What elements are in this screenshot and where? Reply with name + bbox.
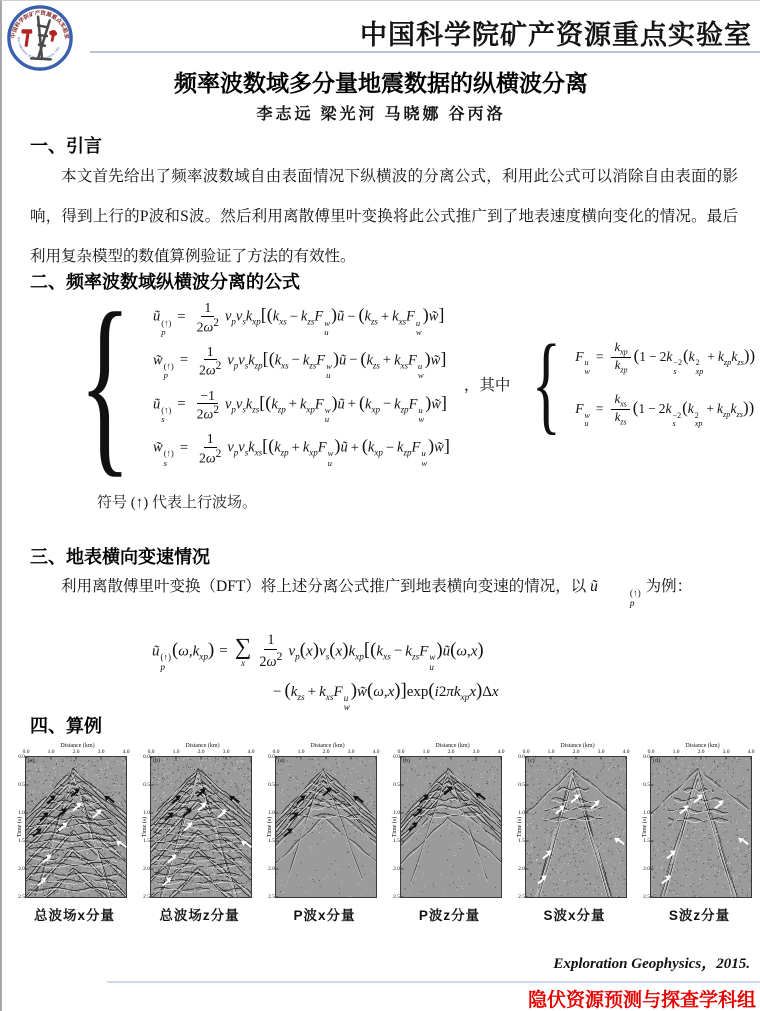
x-tick-label: 3.0	[473, 749, 480, 755]
lab-name: 中国科学院矿产资源重点实验室	[360, 13, 752, 52]
footer-rule	[107, 981, 760, 983]
y-tick-label: 0.5	[518, 782, 525, 788]
seismic-panel: Distance (km) 0.01.02.03.04.0 Time (s) 0…	[383, 743, 504, 924]
equation-up: ũ(↑)p=12ω2vpvskxp[(kxs−kzsFwu)ũ−(kzs+kxs…	[153, 300, 450, 337]
y-tick-label: 1.5	[643, 838, 650, 844]
y-tick-label: 2.0	[268, 866, 275, 872]
x-tick-label: 3.0	[723, 749, 730, 755]
x-tick-label: 3.0	[98, 749, 105, 755]
y-tick-label: 0.0	[518, 754, 525, 760]
x-tick-label: 2.0	[73, 749, 80, 755]
dft-equation-line2: −(kzs+kxsFuw)w̃(ω,x)]exp(i2πkxpx)Δx	[270, 680, 652, 713]
x-tick-label: 3.0	[348, 749, 355, 755]
y-tick-label: 0.0	[643, 754, 650, 760]
y-tick-label: 2.5	[393, 894, 400, 900]
where-left-brace: {	[532, 337, 561, 431]
poster-page: 中国科学院矿产资源重点实验室 Key Laboratory of Mineral…	[0, 0, 760, 1011]
seismic-panel: Distance (km) 0.01.02.03.04.0 Time (s) 0…	[633, 743, 754, 924]
x-tick-label: 3.0	[598, 749, 605, 755]
equation-fwu: Fwu=kxskzs(1−2k−2s(k2xp+kzpkzs))	[575, 392, 755, 428]
y-tick-label: 2.0	[643, 866, 650, 872]
x-tick-label: 2.0	[698, 749, 705, 755]
x-axis-ticks: 0.01.02.03.04.0	[526, 749, 626, 757]
x-tick-label: 4.0	[248, 749, 255, 755]
x-tick-label: 1.0	[548, 749, 555, 755]
x-tick-label: 4.0	[623, 749, 630, 755]
dft-equation-line1: ũ(↑)p(ω,kxp)=∑x12ω2vp(x)vs(x)kxp[(kxs−kz…	[152, 633, 652, 672]
section3-body: 利用离散傅里叶变换（DFT）将上述分离公式推广到地表横向变速的情况，以 ũ(↑)…	[30, 568, 738, 610]
equation-ws: w̃(↑)s=12ω2vpvskxs[(kzp+kxpFwu)ũ+(kxp−kz…	[153, 431, 450, 468]
x-tick-label: 4.0	[123, 749, 130, 755]
y-tick-label: 1.0	[518, 810, 525, 816]
panel-corner-label: (b)	[153, 758, 160, 764]
seismic-panel: Distance (km) 0.01.02.03.04.0 Time (s) 0…	[133, 743, 254, 924]
y-tick-label: 1.0	[643, 810, 650, 816]
x-tick-label: 4.0	[498, 749, 505, 755]
y-tick-label: 0.5	[643, 782, 650, 788]
x-tick-label: 1.0	[298, 749, 305, 755]
left-brace: {	[79, 299, 132, 469]
panel-corner-label: (a)	[278, 758, 285, 764]
uparrow-note: 符号 (↑) 代表上行波场。	[97, 491, 257, 512]
x-tick-label: 1.0	[673, 749, 680, 755]
header-rule	[90, 51, 760, 53]
y-tick-label: 1.0	[268, 810, 275, 816]
lab-logo: 中国科学院矿产资源重点实验室 Key Laboratory of Mineral…	[6, 4, 74, 72]
panel-corner-label: (a)	[28, 758, 35, 764]
y-tick-label: 2.5	[518, 894, 525, 900]
y-tick-label: 1.5	[143, 838, 150, 844]
separation-equations: { ũ(↑)p=12ω2vpvskxp[(kxs−kzsFwu)ũ−(kzs+k…	[57, 299, 754, 469]
panel-corner-label: (d)	[653, 758, 660, 764]
equation-system: { ũ(↑)p=12ω2vpvskxp[(kxs−kzsFwu)ũ−(kzs+k…	[57, 299, 450, 469]
section1-heading: 一、引言	[30, 132, 102, 158]
y-tick-label: 1.5	[268, 838, 275, 844]
x-tick-label: 1.0	[48, 749, 55, 755]
y-tick-label: 0.0	[268, 754, 275, 760]
y-tick-label: 1.0	[18, 810, 25, 816]
y-tick-label: 0.5	[143, 782, 150, 788]
panel-caption: 总波场z分量	[145, 904, 254, 924]
x-tick-label: 2.0	[323, 749, 330, 755]
y-tick-label: 1.5	[393, 838, 400, 844]
y-tick-label: 0.5	[393, 782, 400, 788]
x-tick-label: 2.0	[198, 749, 205, 755]
equation-us: ũ(↑)s=−12ω2vpvskzs[(kzp+kxpFwu)ũ+(kxp−kz…	[153, 388, 450, 425]
x-tick-label: 4.0	[748, 749, 755, 755]
journal-reference: Exploration Geophysics，2015.	[553, 952, 750, 973]
seismic-plot: Time (s) 0.00.51.01.52.02.5 (a)	[26, 757, 126, 897]
x-tick-label: 2.0	[448, 749, 455, 755]
x-axis-ticks: 0.01.02.03.04.0	[401, 749, 501, 757]
section3-heading: 三、地表横向变速情况	[30, 543, 210, 569]
seismic-plot: Time (s) 0.00.51.01.52.02.5 (b)	[401, 757, 501, 897]
dft-equation: ũ(↑)p(ω,kxp)=∑x12ω2vp(x)vs(x)kxp[(kxs−kz…	[152, 633, 652, 713]
x-axis-ticks: 0.01.02.03.04.0	[651, 749, 751, 757]
seismic-plot: Time (s) 0.00.51.01.52.02.5 (b)	[151, 757, 251, 897]
equation-fuw: Fuw=kxpkzp(1−2k−2s(k2xp+kzpkzs))	[575, 340, 755, 376]
y-tick-label: 2.0	[143, 866, 150, 872]
panel-caption: S波z分量	[645, 904, 754, 924]
x-axis-ticks: 0.01.02.03.04.0	[276, 749, 376, 757]
equation-wp: w̃(↑)p=12ω2vpvskzp[(kxs−kzsFwu)ũ−(kzs+kx…	[153, 344, 450, 381]
x-tick-label: 2.0	[573, 749, 580, 755]
panel-caption: P波x分量	[270, 904, 379, 924]
y-tick-label: 2.0	[518, 866, 525, 872]
y-tick-label: 0.0	[393, 754, 400, 760]
poster-title: 频率波数域多分量地震数据的纵横波分离	[2, 65, 760, 98]
section4-heading: 四、算例	[30, 712, 102, 738]
y-tick-label: 0.0	[18, 754, 25, 760]
section1-body: 本文首先给出了频率波数域自由表面情况下纵横波的分离公式，利用此公式可以消除自由表…	[30, 157, 738, 277]
y-tick-label: 2.0	[18, 866, 25, 872]
where-label: ，其中	[464, 373, 511, 395]
seismic-image	[151, 757, 251, 897]
panel-caption: 总波场x分量	[20, 904, 129, 924]
panel-corner-label: (c)	[528, 758, 535, 764]
y-tick-label: 1.0	[143, 810, 150, 816]
panel-corner-label: (b)	[403, 758, 410, 764]
y-tick-label: 2.0	[393, 866, 400, 872]
y-tick-label: 0.5	[18, 782, 25, 788]
panel-caption: S波x分量	[520, 904, 629, 924]
x-axis-ticks: 0.01.02.03.04.0	[151, 749, 251, 757]
seismic-panel: Distance (km) 0.01.02.03.04.0 Time (s) 0…	[508, 743, 629, 924]
section2-heading: 二、频率波数域纵横波分离的公式	[30, 268, 300, 294]
y-tick-label: 0.5	[268, 782, 275, 788]
seismic-plot: Time (s) 0.00.51.01.52.02.5 (a)	[276, 757, 376, 897]
x-tick-label: 1.0	[423, 749, 430, 755]
y-tick-label: 1.0	[393, 810, 400, 816]
y-tick-label: 2.5	[643, 894, 650, 900]
authors-line: 李志远 梁光河 马晓娜 谷丙洛	[2, 101, 760, 124]
y-tick-label: 0.0	[143, 754, 150, 760]
x-tick-label: 4.0	[373, 749, 380, 755]
seismic-panel: Distance (km) 0.01.02.03.04.0 Time (s) 0…	[258, 743, 379, 924]
seismic-panel: Distance (km) 0.01.02.03.04.0 Time (s) 0…	[8, 743, 129, 924]
y-tick-label: 1.5	[18, 838, 25, 844]
seismic-plot: Time (s) 0.00.51.01.52.02.5 (d)	[651, 757, 751, 897]
y-tick-label: 2.5	[268, 894, 275, 900]
research-group-name: 隐伏资源预测与探查学科组	[528, 985, 756, 1011]
x-tick-label: 3.0	[223, 749, 230, 755]
y-tick-label: 2.5	[18, 894, 25, 900]
y-tick-label: 2.5	[143, 894, 150, 900]
where-equation-system: { Fuw=kxpkzp(1−2k−2s(k2xp+kzpkzs)) Fwu=k…	[520, 337, 755, 431]
x-axis-ticks: 0.01.02.03.04.0	[26, 749, 126, 757]
seismic-figure-row: Distance (km) 0.01.02.03.04.0 Time (s) 0…	[4, 743, 758, 924]
y-tick-label: 1.5	[518, 838, 525, 844]
x-tick-label: 1.0	[173, 749, 180, 755]
panel-caption: P波z分量	[395, 904, 504, 924]
seismic-plot: Time (s) 0.00.51.01.52.02.5 (c)	[526, 757, 626, 897]
